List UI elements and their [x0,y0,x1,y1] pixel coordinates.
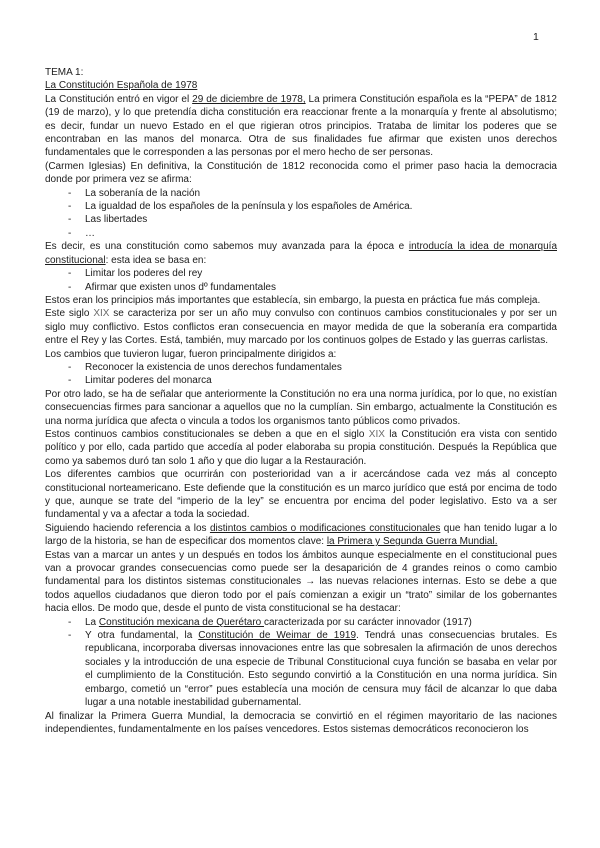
text-run: Reconocer la existencia de unos derechos… [85,362,342,373]
text-run: : esta idea se basa en: [106,255,207,266]
underlined-text: distintos cambios o modificaciones const… [210,523,440,534]
bullet-marker: - [68,227,71,240]
paragraph: Este siglo XIX se caracteriza por ser un… [45,307,557,347]
underlined-text: 29 de diciembre de 1978, [192,94,305,105]
list-item: -Limitar poderes del monarca [45,374,557,387]
list-item: -Las libertades [45,213,557,226]
paragraph: Estos continuos cambios constitucionales… [45,428,557,468]
bullet-marker: - [68,267,71,280]
text-run: Y otra fundamental, la [85,630,198,641]
bullet-marker: - [68,200,71,213]
paragraph: (Carmen Iglesias) En definitiva, la Cons… [45,160,557,187]
list-item: -Reconocer la existencia de unos derecho… [45,361,557,374]
text-run: Estos continuos cambios constitucionales… [45,429,369,440]
underlined-text: La Constitución Española de 1978 [45,80,197,91]
text-run: XIX [93,308,109,319]
text-run: Limitar los poderes del rey [85,268,202,279]
text-run: … [85,228,95,239]
paragraph: Estas van a marcar un antes y un después… [45,549,557,616]
underlined-text: Constitución mexicana de Querétaro [99,617,264,628]
underlined-text: la Primera y Segunda Guerra Mundial. [327,536,498,547]
underlined-text: Constitución de Weimar de 1919 [198,630,356,641]
bullet-marker: - [68,374,71,387]
paragraph: Siguiendo haciendo referencia a los dist… [45,522,557,549]
bullet-marker: - [68,616,71,629]
text-run: La soberanía de la nación [85,188,200,199]
paragraph: Los cambios que tuvieron lugar, fueron p… [45,348,557,361]
text-run: La igualdad de los españoles de la penín… [85,201,412,212]
paragraph: Por otro lado, se ha de señalar que ante… [45,388,557,428]
paragraph: Al finalizar la Primera Guerra Mundial, … [45,710,557,737]
bullet-marker: - [68,361,71,374]
text-run: La [85,617,99,628]
list-item: -Y otra fundamental, la Constitución de … [45,629,557,709]
bullet-marker: - [68,213,71,226]
text-run: Limitar poderes del monarca [85,375,212,386]
page-number: 1 [533,31,539,44]
paragraph: Los diferentes cambios que ocurrirán con… [45,468,557,522]
text-run: TEMA 1: [45,67,83,78]
list-item: -La soberanía de la nación [45,187,557,200]
text-run: . Tendrá unas consecuencias brutales. Es… [85,630,557,708]
text-run: Es decir, es una constitución como sabem… [45,241,409,252]
bullet-marker: - [68,629,71,642]
document-page: 1 TEMA 1:La Constitución Española de 197… [0,0,600,848]
paragraph: Es decir, es una constitución como sabem… [45,240,557,267]
list-item: -… [45,227,557,240]
list-item: -La Constitución mexicana de Querétaro c… [45,616,557,629]
bullet-marker: - [68,187,71,200]
text-run: Siguiendo haciendo referencia a los [45,523,210,534]
text-run: La Constitución entró en vigor el [45,94,192,105]
text-run: Estas van a marcar un antes y un después… [45,550,557,615]
paragraph: Estos eran los principios más importante… [45,294,557,307]
text-run: Este siglo [45,308,93,319]
text-run: Estos eran los principios más importante… [45,295,540,306]
text-run: Por otro lado, se ha de señalar que ante… [45,389,557,427]
paragraph: TEMA 1: [45,66,557,79]
paragraph: La Constitución entró en vigor el 29 de … [45,93,557,160]
list-item: -La igualdad de los españoles de la pení… [45,200,557,213]
text-run: Los diferentes cambios que ocurrirán con… [45,469,557,520]
list-item: -Limitar los poderes del rey [45,267,557,280]
text-run: se caracteriza por ser un año muy convul… [45,308,557,346]
text-run: Las libertades [85,214,147,225]
text-run: XIX [369,429,385,440]
text-run: Al finalizar la Primera Guerra Mundial, … [45,711,557,735]
bullet-marker: - [68,281,71,294]
paragraph: La Constitución Española de 1978 [45,79,557,92]
text-run: Afirmar que existen unos dº fundamentale… [85,282,276,293]
text-run: Los cambios que tuvieron lugar, fueron p… [45,349,336,360]
text-run: (Carmen Iglesias) En definitiva, la Cons… [45,161,557,185]
text-run: caracterizada por su carácter innovador … [264,617,472,628]
list-item: -Afirmar que existen unos dº fundamental… [45,281,557,294]
document-body: TEMA 1:La Constitución Española de 1978L… [45,66,557,736]
